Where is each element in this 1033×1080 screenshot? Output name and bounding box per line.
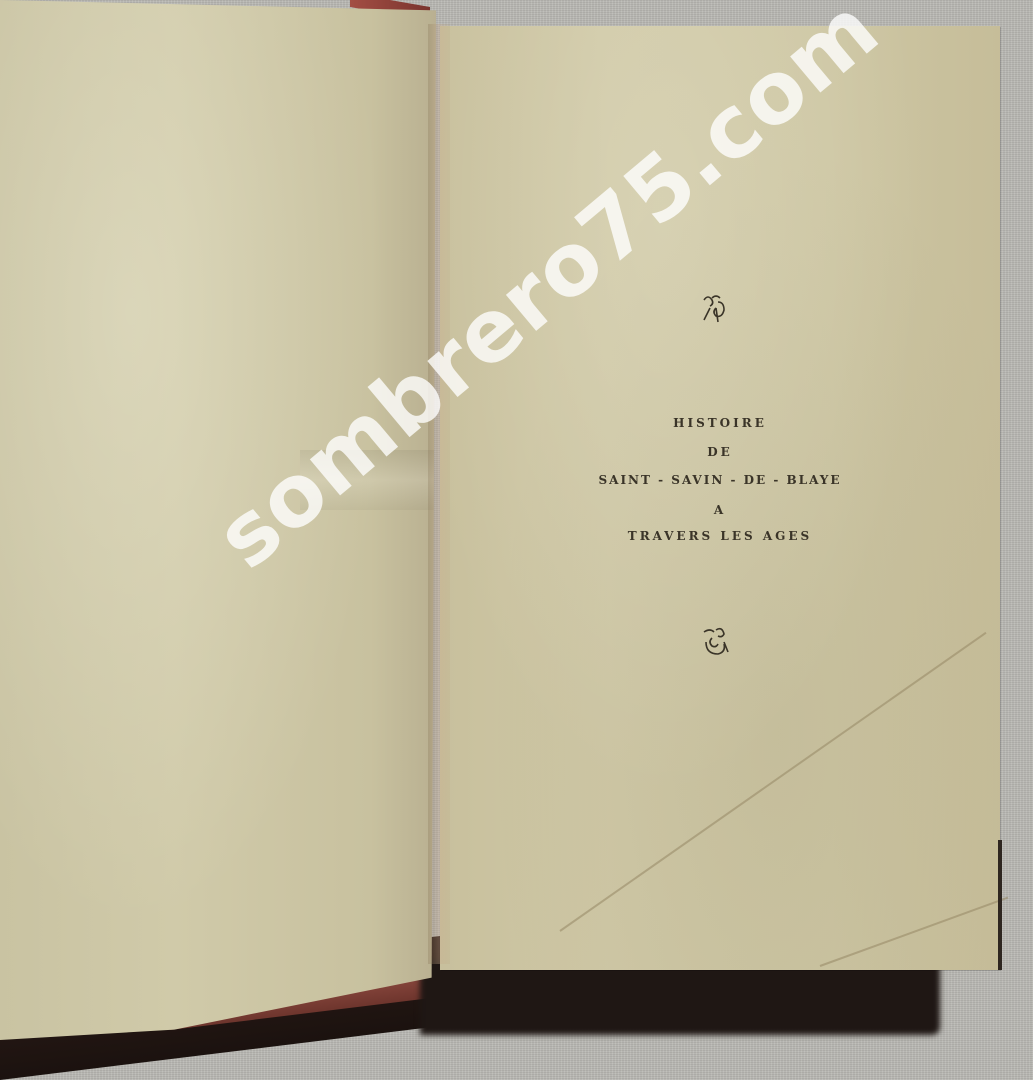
title-line-a: A	[440, 503, 1000, 517]
title-line-histoire: HISTOIRE	[440, 416, 1000, 430]
bottom-fleuron-ornament-icon	[694, 622, 734, 662]
top-fleuron-ornament-icon	[696, 290, 736, 330]
page-block-shadow	[420, 960, 940, 1035]
book-photo: HISTOIRE DE SAINT - SAVIN - DE - BLAYE A…	[0, 0, 1033, 1080]
title-line-de: DE	[440, 445, 1000, 459]
title-line-travers: TRAVERS LES AGES	[440, 529, 1000, 543]
title-line-saint-savin: SAINT - SAVIN - DE - BLAYE	[440, 473, 1000, 487]
